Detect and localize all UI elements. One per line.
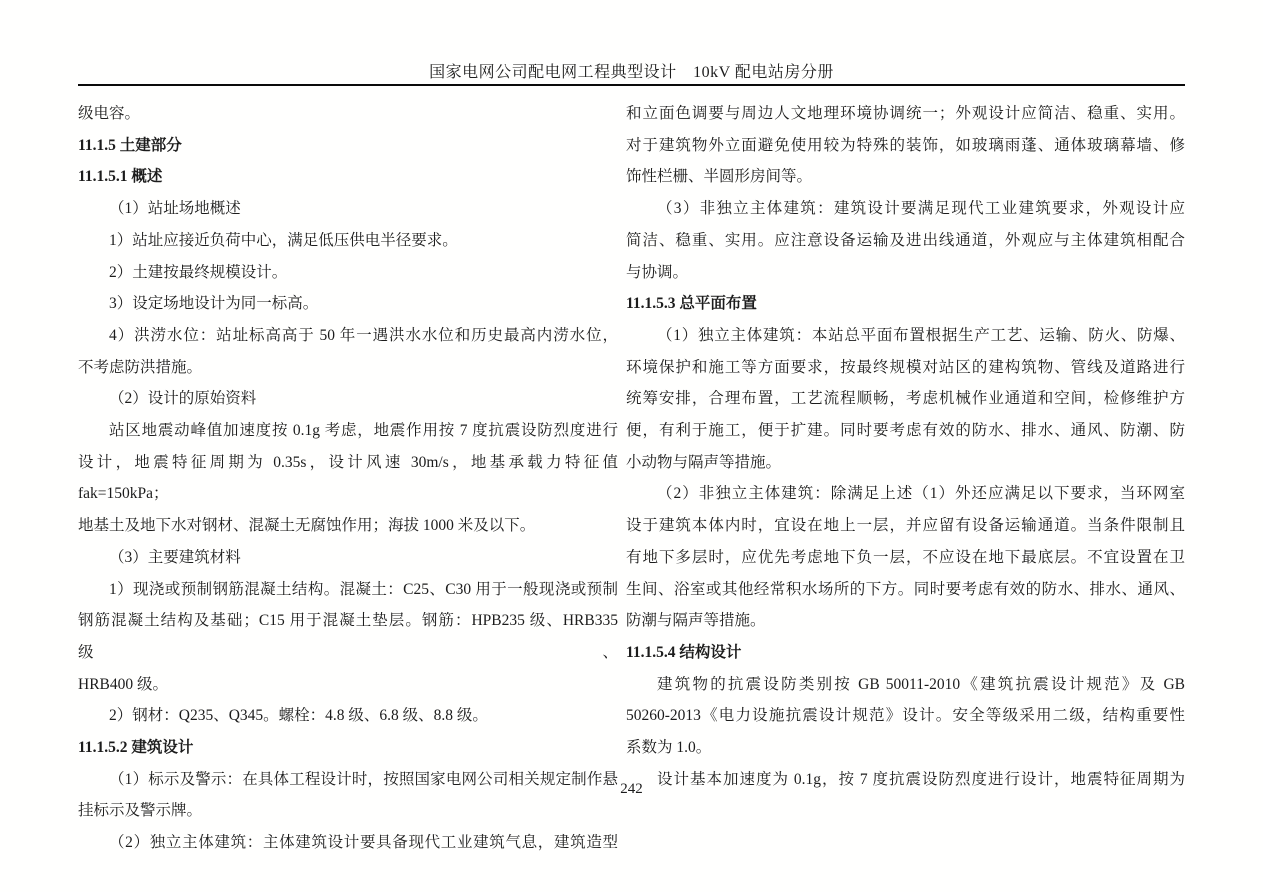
- text-line: 11.1.5.2 建筑设计: [78, 732, 618, 764]
- text-line: （2）独立主体建筑：主体建筑设计要具备现代工业建筑气息，建筑造型: [78, 827, 618, 859]
- text-line: 地基土及地下水对钢材、混凝土无腐蚀作用；海拔 1000 米及以下。: [78, 510, 618, 542]
- text-line: 级电容。: [78, 98, 618, 130]
- text-line: 11.1.5.4 结构设计: [626, 637, 1185, 669]
- text-line: 11.1.5.3 总平面布置: [626, 288, 1185, 320]
- text-line: 11.1.5.1 概述: [78, 161, 618, 193]
- text-line: 和立面色调要与周边人文地理环境协调统一；外观设计应简洁、稳重、实用。: [626, 98, 1185, 130]
- text-line: 1）现浇或预制钢筋混凝土结构。混凝土：C25、C30 用于一般现浇或预制: [78, 574, 618, 606]
- text-line: 建筑物的抗震设防类别按 GB 50011-2010《建筑抗震设计规范》及 GB: [626, 669, 1185, 701]
- text-line: 生间、浴室或其他经常积水场所的下方。同时要考虑有效的防水、排水、通风、: [626, 574, 1185, 606]
- document-page: 国家电网公司配电网工程典型设计 10kV 配电站房分册 级电容。11.1.5 土…: [0, 0, 1263, 892]
- text-line: 与协调。: [626, 257, 1185, 289]
- text-line: 设计，地震特征周期为 0.35s，设计风速 30m/s，地基承载力特征值 fak…: [78, 447, 618, 510]
- text-line: 钢筋混凝土结构及基础；C15 用于混凝土垫层。钢筋：HPB235 级、HRB33…: [78, 605, 618, 668]
- text-line: （1）站址场地概述: [78, 193, 618, 225]
- text-line: HRB400 级。: [78, 669, 618, 701]
- text-line: 小动物与隔声等措施。: [626, 447, 1185, 479]
- text-line: 对于建筑物外立面避免使用较为特殊的装饰，如玻璃雨蓬、通体玻璃幕墙、修: [626, 130, 1185, 162]
- page-header-title: 国家电网公司配电网工程典型设计 10kV 配电站房分册: [78, 59, 1185, 82]
- text-line: 1）站址应接近负荷中心，满足低压供电半径要求。: [78, 225, 618, 257]
- text-line: （1）独立主体建筑：本站总平面布置根据生产工艺、运输、防火、防爆、: [626, 320, 1185, 352]
- text-line: 2）土建按最终规模设计。: [78, 257, 618, 289]
- text-line: （2）非独立主体建筑：除满足上述（1）外还应满足以下要求，当环网室: [626, 478, 1185, 510]
- text-line: 设于建筑本体内时，宜设在地上一层，并应留有设备运输通道。当条件限制且: [626, 510, 1185, 542]
- text-line: 便，有利于施工，便于扩建。同时要考虑有效的防水、排水、通风、防潮、防: [626, 415, 1185, 447]
- text-line: 3）设定场地设计为同一标高。: [78, 288, 618, 320]
- right-column: 和立面色调要与周边人文地理环境协调统一；外观设计应简洁、稳重、实用。对于建筑物外…: [626, 98, 1185, 795]
- text-line: 系数为 1.0。: [626, 732, 1185, 764]
- text-line: （3）非独立主体建筑：建筑设计要满足现代工业建筑要求，外观设计应: [626, 193, 1185, 225]
- text-line: 2）钢材：Q235、Q345。螺栓：4.8 级、6.8 级、8.8 级。: [78, 700, 618, 732]
- text-line: 简洁、稳重、实用。应注意设备运输及进出线通道，外观应与主体建筑相配合: [626, 225, 1185, 257]
- header-rule: [78, 84, 1185, 86]
- text-line: 50260-2013《电力设施抗震设计规范》设计。安全等级采用二级，结构重要性: [626, 700, 1185, 732]
- text-line: 挂标示及警示牌。: [78, 795, 618, 827]
- left-column: 级电容。11.1.5 土建部分11.1.5.1 概述（1）站址场地概述1）站址应…: [78, 98, 618, 859]
- text-line: （3）主要建筑材料: [78, 542, 618, 574]
- page-number: 242: [78, 781, 1185, 798]
- text-line: 饰性栏栅、半圆形房间等。: [626, 161, 1185, 193]
- text-line: 防潮与隔声等措施。: [626, 605, 1185, 637]
- text-line: 4）洪涝水位：站址标高高于 50 年一遇洪水水位和历史最高内涝水位，: [78, 320, 618, 352]
- text-line: 站区地震动峰值加速度按 0.1g 考虑，地震作用按 7 度抗震设防烈度进行: [78, 415, 618, 447]
- text-line: 不考虑防洪措施。: [78, 352, 618, 384]
- text-line: 环境保护和施工等方面要求，按最终规模对站区的建构筑物、管线及道路进行: [626, 352, 1185, 384]
- text-line: 统筹安排，合理布置，工艺流程顺畅，考虑机械作业通道和空间，检修维护方: [626, 383, 1185, 415]
- text-line: 11.1.5 土建部分: [78, 130, 618, 162]
- text-line: 有地下多层时，应优先考虑地下负一层，不应设在地下最底层。不宜设置在卫: [626, 542, 1185, 574]
- text-line: （2）设计的原始资料: [78, 383, 618, 415]
